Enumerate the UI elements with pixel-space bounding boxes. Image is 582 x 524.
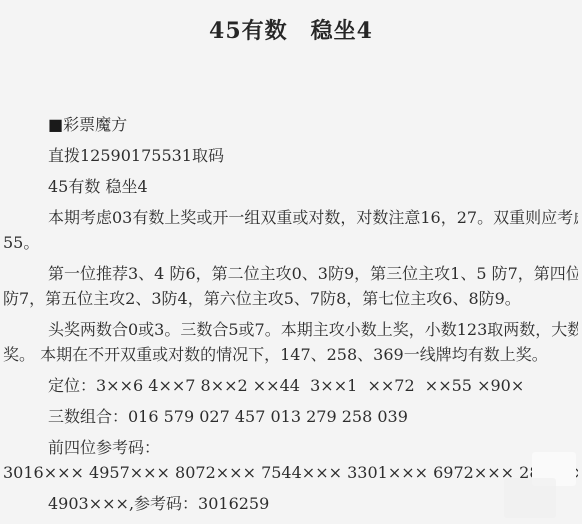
paragraph-overview-line1: 本期考虑03有数上奖或开一组双重或对数，对数注意16，27。双重则应考虑44、: [3, 205, 578, 230]
hotline-text: 直拨12590175531取码: [3, 143, 578, 168]
document-body: ■彩票魔方 直拨12590175531取码 45有数 稳坐4 本期考虑03有数上…: [0, 46, 582, 522]
paragraph-positions: 第一位推荐3、4 防6，第二位主攻0、3防9，第三位主攻1、5 防7，第四位主攻…: [3, 261, 578, 311]
section-header: ■彩票魔方: [3, 112, 578, 137]
paragraph-sums-line2: 奖。 本期在不开双重或对数的情况下，147、258、369一线牌均有数上奖。: [3, 342, 578, 367]
paragraph-positions-line2: 防7，第五位主攻2、3防4，第六位主攻5、7防8，第七位主攻6、8防9。: [3, 286, 578, 311]
paragraph-overview: 本期考虑03有数上奖或开一组双重或对数，对数注意16，27。双重则应考虑44、 …: [3, 205, 578, 255]
subtitle: 45有数 稳坐4: [3, 174, 578, 199]
final-reference-line: 4903×××,参考码：3016259: [3, 491, 578, 516]
sanshu-combos-line: 三数组合：016 579 027 457 013 279 258 039: [3, 404, 578, 429]
paragraph-positions-line1: 第一位推荐3、4 防6，第二位主攻0、3防9，第三位主攻1、5 防7，第四位主攻…: [3, 261, 578, 286]
qiansiwei-section: 前四位参考码： 3016××× 4957××× 8072××× 7544××× …: [3, 435, 578, 485]
qiansiwei-label: 前四位参考码：: [3, 435, 578, 460]
paragraph-sums: 头奖两数合0或3。三数合5或7。本期主攻小数上奖，小数123取两数，大数防679…: [3, 317, 578, 367]
dingwei-line: 定位：3××6 4××7 8××2 ××44 3××1 ××72 ××55 ×9…: [3, 373, 578, 398]
section-header-label: 彩票魔方: [63, 115, 127, 134]
paragraph-overview-line2: 55。: [3, 230, 578, 255]
black-square-icon: ■: [48, 115, 63, 134]
paragraph-sums-line1: 头奖两数合0或3。三数合5或7。本期主攻小数上奖，小数123取两数，大数防679…: [3, 317, 578, 342]
qiansiwei-codes: 3016××× 4957××× 8072××× 7544××× 3301××× …: [3, 460, 578, 485]
page-title: 45有数 稳坐4: [0, 16, 582, 46]
